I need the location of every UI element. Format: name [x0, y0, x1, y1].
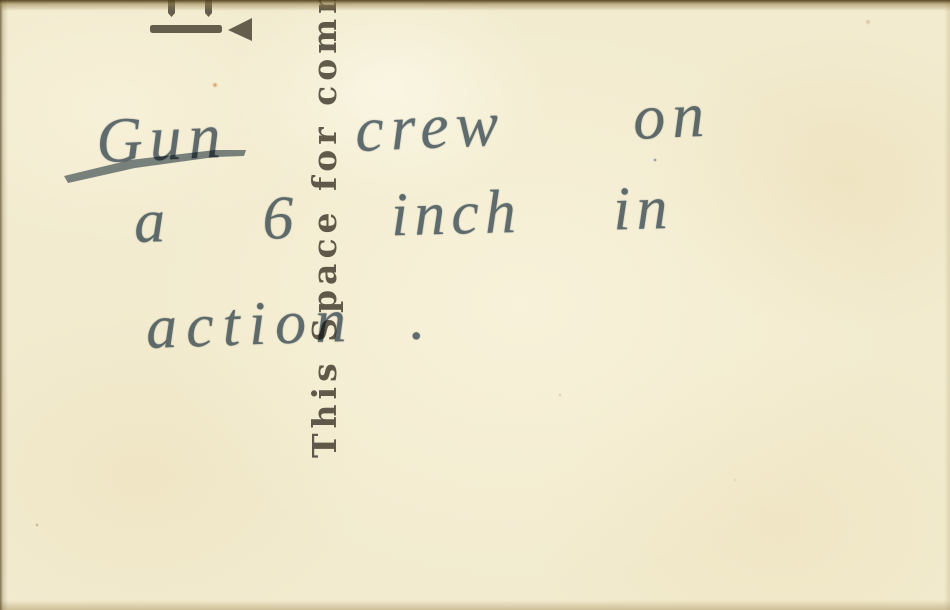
handwriting-line-3: action . — [145, 283, 435, 364]
postcard-scan: This Space for comm Gun crew on a 6 inch… — [0, 0, 950, 610]
handwriting-line-2: a 6 inch in — [133, 173, 674, 258]
cropped-letter-icon — [148, 0, 258, 46]
